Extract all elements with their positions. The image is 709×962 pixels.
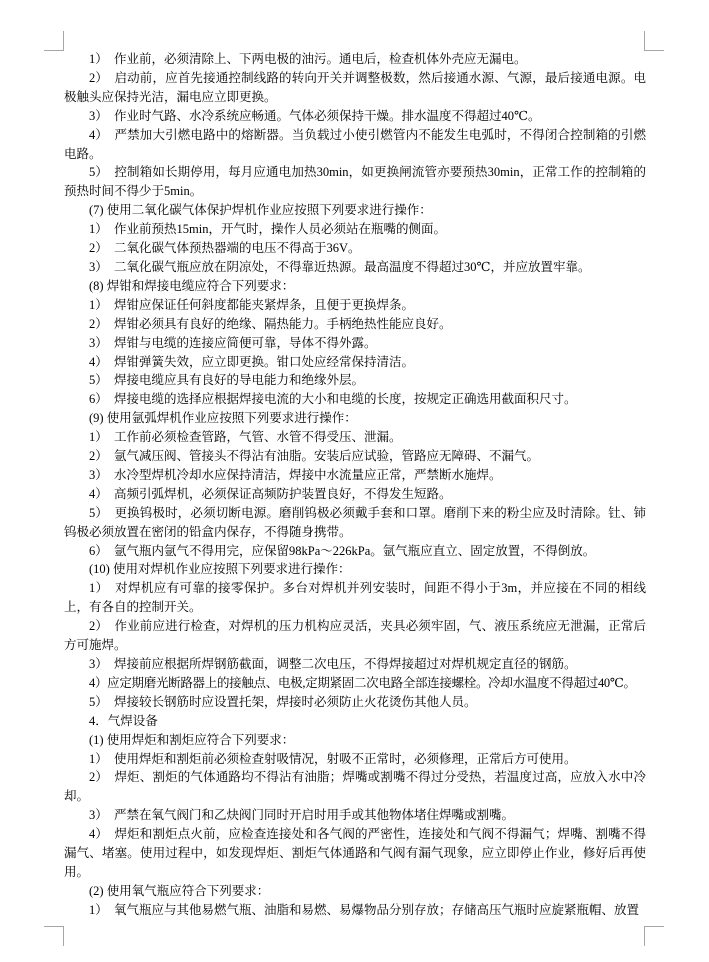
paragraph: 6） 氩气瓶内氩气不得用完，应保留98kPa～226kPa。氩气瓶应直立、固定放… [64, 542, 646, 561]
paragraph: 1） 焊钳应保证任何斜度都能夹紧焊条，且便于更换焊条。 [64, 296, 646, 315]
paragraph: 5） 焊接较长钢筋时应设置托架，焊接时必须防止火花烫伤其他人员。 [64, 693, 646, 712]
paragraph: 4） 高频引弧焊机，必须保证高频防护装置良好，不得发生短路。 [64, 485, 646, 504]
paragraph: 1） 使用焊炬和割炬前必须检查射吸情况，射吸不正常时，必须修理，正常后方可使用。 [64, 750, 646, 769]
paragraph: 3） 作业时气路、水冷系统应畅通。气体必须保持干燥。排水温度不得超过40℃。 [64, 107, 646, 126]
paragraph: 1） 氧气瓶应与其他易燃气瓶、油脂和易燃、易爆物品分别存放；存储高压气瓶时应旋紧… [64, 901, 646, 920]
paragraph: 6） 焊接电缆的选择应根据焊接电流的大小和电缆的长度，按规定正确选用截面积尺寸。 [64, 390, 646, 409]
paragraph: (8) 焊钳和焊接电缆应符合下列要求： [64, 277, 646, 296]
margin-crop-mark-bottom-left [44, 926, 64, 946]
paragraph: 1） 工作前必须检查管路，气管、水管不得受压、泄漏。 [64, 428, 646, 447]
paragraph: 4）应定期磨光断路器上的接触点、电极,定期紧固二次电路全部连接螺栓。冷却水温度不… [64, 674, 646, 693]
paragraph: 5） 更换钨极时，必须切断电源。磨削钨极必须戴手套和口罩。磨削下来的粉尘应及时清… [64, 504, 646, 542]
paragraph: 2） 启动前，应首先接通控制线路的转向开关并调整极数，然后接通水源、气源，最后接… [64, 69, 646, 107]
paragraph: 3） 水冷型焊机冷却水应保持清洁，焊接中水流量应正常，严禁断水施焊。 [64, 466, 646, 485]
paragraph: 3） 二氧化碳气瓶应放在阴凉处，不得靠近热源。最高温度不得超过30℃，并应放置牢… [64, 258, 646, 277]
paragraph: (2) 使用氧气瓶应符合下列要求： [64, 882, 646, 901]
paragraph: 2） 氩气减压阀、管接头不得沾有油脂。安装后应试验，管路应无障碍、不漏气。 [64, 447, 646, 466]
paragraph: 4） 焊炬和割炬点火前，应检查连接处和各气阀的严密性，连接处和气阀不得漏气；焊嘴… [64, 825, 646, 882]
paragraph: 3） 严禁在氧气阀门和乙炔阀门同时开启时用手或其他物体堵住焊嘴或割嘴。 [64, 806, 646, 825]
paragraph: (7) 使用二氧化碳气体保护焊机作业应按照下列要求进行操作： [64, 201, 646, 220]
document-body: 1） 作业前，必须清除上、下两电极的油污。通电后，检查机体外壳应无漏电。2） 启… [64, 50, 646, 920]
paragraph: 3） 焊钳与电缆的连接应简便可靠，导体不得外露。 [64, 334, 646, 353]
paragraph: 4．气焊设备 [64, 712, 646, 731]
paragraph: 4） 焊钳弹簧失效，应立即更换。钳口处应经常保持清洁。 [64, 353, 646, 372]
paragraph: 5） 焊接电缆应具有良好的导电能力和绝缘外层。 [64, 371, 646, 390]
paragraph: 1） 对焊机应有可靠的接零保护。多台对焊机并列安装时，间距不得小于3m，并应接在… [64, 579, 646, 617]
paragraph: 4） 严禁加大引燃电路中的熔断器。当负载过小使引燃管内不能发生电弧时，不得闭合控… [64, 126, 646, 164]
paragraph: (1) 使用焊炬和割炬应符合下列要求： [64, 731, 646, 750]
document-page: 1） 作业前，必须清除上、下两电极的油污。通电后，检查机体外壳应无漏电。2） 启… [0, 0, 709, 962]
paragraph: 5） 控制箱如长期停用，每月应通电加热30min，如更换闸流管亦要预热30min… [64, 163, 646, 201]
paragraph: 3） 焊接前应根据所焊钢筋截面，调整二次电压，不得焊接超过对焊机规定直径的钢筋。 [64, 655, 646, 674]
paragraph: (9) 使用氩弧焊机作业应按照下列要求进行操作： [64, 409, 646, 428]
paragraph: 2） 二氧化碳气体预热器端的电压不得高于36V。 [64, 239, 646, 258]
paragraph: 2） 焊炬、割炬的气体通路均不得沾有油脂；焊嘴或割嘴不得过分受热，若温度过高，应… [64, 768, 646, 806]
margin-crop-mark-top-right [644, 31, 664, 51]
paragraph: 2） 作业前应进行检查，对焊机的压力机构应灵活，夹具必须牢固，气、液压系统应无泄… [64, 617, 646, 655]
margin-crop-mark-top-left [44, 31, 64, 51]
paragraph: 1） 作业前预热15min，开气时，操作人员必须站在瓶嘴的侧面。 [64, 220, 646, 239]
margin-crop-mark-bottom-right [644, 926, 664, 946]
paragraph: 2） 焊钳必须具有良好的绝缘、隔热能力。手柄绝热性能应良好。 [64, 315, 646, 334]
paragraph: (10) 使用对焊机作业应按照下列要求进行操作： [64, 560, 646, 579]
paragraph: 1） 作业前，必须清除上、下两电极的油污。通电后，检查机体外壳应无漏电。 [64, 50, 646, 69]
